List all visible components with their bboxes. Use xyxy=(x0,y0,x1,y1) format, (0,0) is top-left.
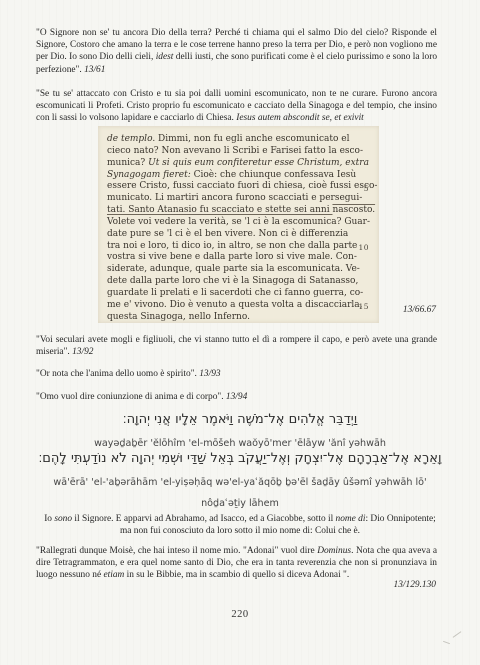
paragraph-omo: "Omo vuol dire coniunzione di anima e di… xyxy=(36,391,437,403)
italian-translation: Io sono il Signore. E apparvi ad Abraham… xyxy=(40,513,440,537)
inset-line-number: 15 xyxy=(358,301,369,313)
inset-text-line: guardate li prelati e li sacerdoti che c… xyxy=(107,288,345,300)
paragraph-seculari: "Voi seculari avete mogli e figliuoli, c… xyxy=(36,334,437,358)
inset-line-text: municato. Li martiri ancora furono scacc… xyxy=(107,193,362,203)
inset-text-line: Volete voi vedere la verità, se 'l ci è … xyxy=(107,217,345,229)
inset-text-line: munica? Ut si quis eum confiteretur esse… xyxy=(107,158,345,170)
inset-text-line: date pure se 'l ci è el ben vivere. Non … xyxy=(107,229,345,241)
inset-line-text: guardate li prelati e li sacerdoti che c… xyxy=(107,288,363,298)
citation-13-66-67: 13/66.67 xyxy=(403,305,436,315)
transliteration-2-line1: wā'ērā' 'el-'aḇərāhām 'el-yiṣəḥāq wə'el-… xyxy=(0,477,480,488)
inset-text-line: me e' vivono. Dio è venuto a questa volt… xyxy=(107,300,345,312)
citation-13-129-130: 13/129.130 xyxy=(394,580,436,590)
hebrew-verse-1: וַיְדַבֵּר אֱלֹהִים אֶל־מֹשֶׁה וַיֹּאמֶר… xyxy=(0,412,480,427)
inset-text-line: tati. Santo Atanasio fu scacciato e stet… xyxy=(107,205,345,217)
inset-text-line: cieco nato? Non avevano li Scribi e Fari… xyxy=(107,146,345,158)
inset-text-line: tra noi e loro, ti dico io, in altro, se… xyxy=(107,241,345,253)
inset-line-text: vostra si vive bene e dalla parte loro s… xyxy=(107,252,357,262)
inset-line-text: tra noi e loro, ti dico io, in altro, se… xyxy=(107,241,357,251)
inset-line-number: 5 xyxy=(364,183,369,195)
inset-line-text: date pure se 'l ci è el ben vivere. Non … xyxy=(107,229,348,239)
inset-line-text: questa Sinagoga, nello Inferno. xyxy=(107,312,250,322)
inset-facsimile-block: de templo. Dimmi, non fu egli anche esco… xyxy=(98,126,379,323)
inset-line-text: cieco nato? Non avevano li Scribi e Fari… xyxy=(107,146,363,156)
page-number: 220 xyxy=(0,609,480,620)
inset-text: de templo. Dimmi, non fu egli anche esco… xyxy=(98,134,379,324)
inset-text-line: questa Sinagoga, nello Inferno. xyxy=(107,312,345,324)
transliteration-2-line2: nôḏaʿəṯiy lāhem xyxy=(0,498,480,509)
inset-text-line: siderate, adunque, quale parte sia la es… xyxy=(107,264,345,276)
pencil-scan-artifact xyxy=(453,631,462,638)
inset-line-text: dete dalla parte loro che vi è la Sinago… xyxy=(107,276,358,286)
inset-text-line: essere Cristo, fussi cacciato fuori di c… xyxy=(107,181,345,193)
pencil-scan-artifact xyxy=(443,641,450,644)
inset-line-text: munica? Ut si quis eum confiteretur esse… xyxy=(107,158,369,168)
scanned-book-page: "O Signore non se' tu ancora Dio della t… xyxy=(0,0,480,665)
hebrew-verse-2: וָאֵרָא אֶל־אַבְרָהָם אֶל־יִצְחָק וְאֶל־… xyxy=(0,451,480,466)
inset-line-text: Volete voi vedere la verità, se 'l ci è … xyxy=(107,217,370,227)
inset-line-text: de templo. Dimmi, non fu egli anche esco… xyxy=(107,134,349,144)
inset-line-text: me e' vivono. Dio è venuto a questa volt… xyxy=(107,300,363,310)
inset-line-text: siderate, adunque, quale parte sia la es… xyxy=(107,264,360,274)
inset-text-line: de templo. Dimmi, non fu egli anche esco… xyxy=(107,134,345,146)
paragraph-anima: "Or nota che l'anima dello uomo è spirit… xyxy=(36,368,437,380)
paragraph-psalm-quote: "O Signore non se' tu ancora Dio della t… xyxy=(36,27,437,76)
inset-line-text: tati. Santo Atanasio fu scacciato e stet… xyxy=(107,205,375,215)
transliteration-1: wayəḏaḇēr 'ĕlōhîm 'el-mōšeh waŏyō'mer 'ē… xyxy=(0,438,480,449)
inset-line-text: Synagogam fieret: Cioè: che chiunque con… xyxy=(107,170,356,180)
inset-text-line: municato. Li martiri ancora furono scacc… xyxy=(107,193,345,205)
inset-text-line: dete dalla parte loro che vi è la Sinago… xyxy=(107,276,345,288)
paragraph-excommunication: "Se tu se' attaccato con Cristo e tu sia… xyxy=(36,88,437,125)
inset-text-line: Synagogam fieret: Cioè: che chiunque con… xyxy=(107,170,345,182)
paragraph-adonai: "Rallegrati dunque Moisè, che hai inteso… xyxy=(36,545,437,582)
inset-line-text: essere Cristo, fussi cacciato fuori di c… xyxy=(107,181,377,191)
inset-line-number: 10 xyxy=(358,242,369,254)
inset-text-line: vostra si vive bene e dalla parte loro s… xyxy=(107,252,345,264)
